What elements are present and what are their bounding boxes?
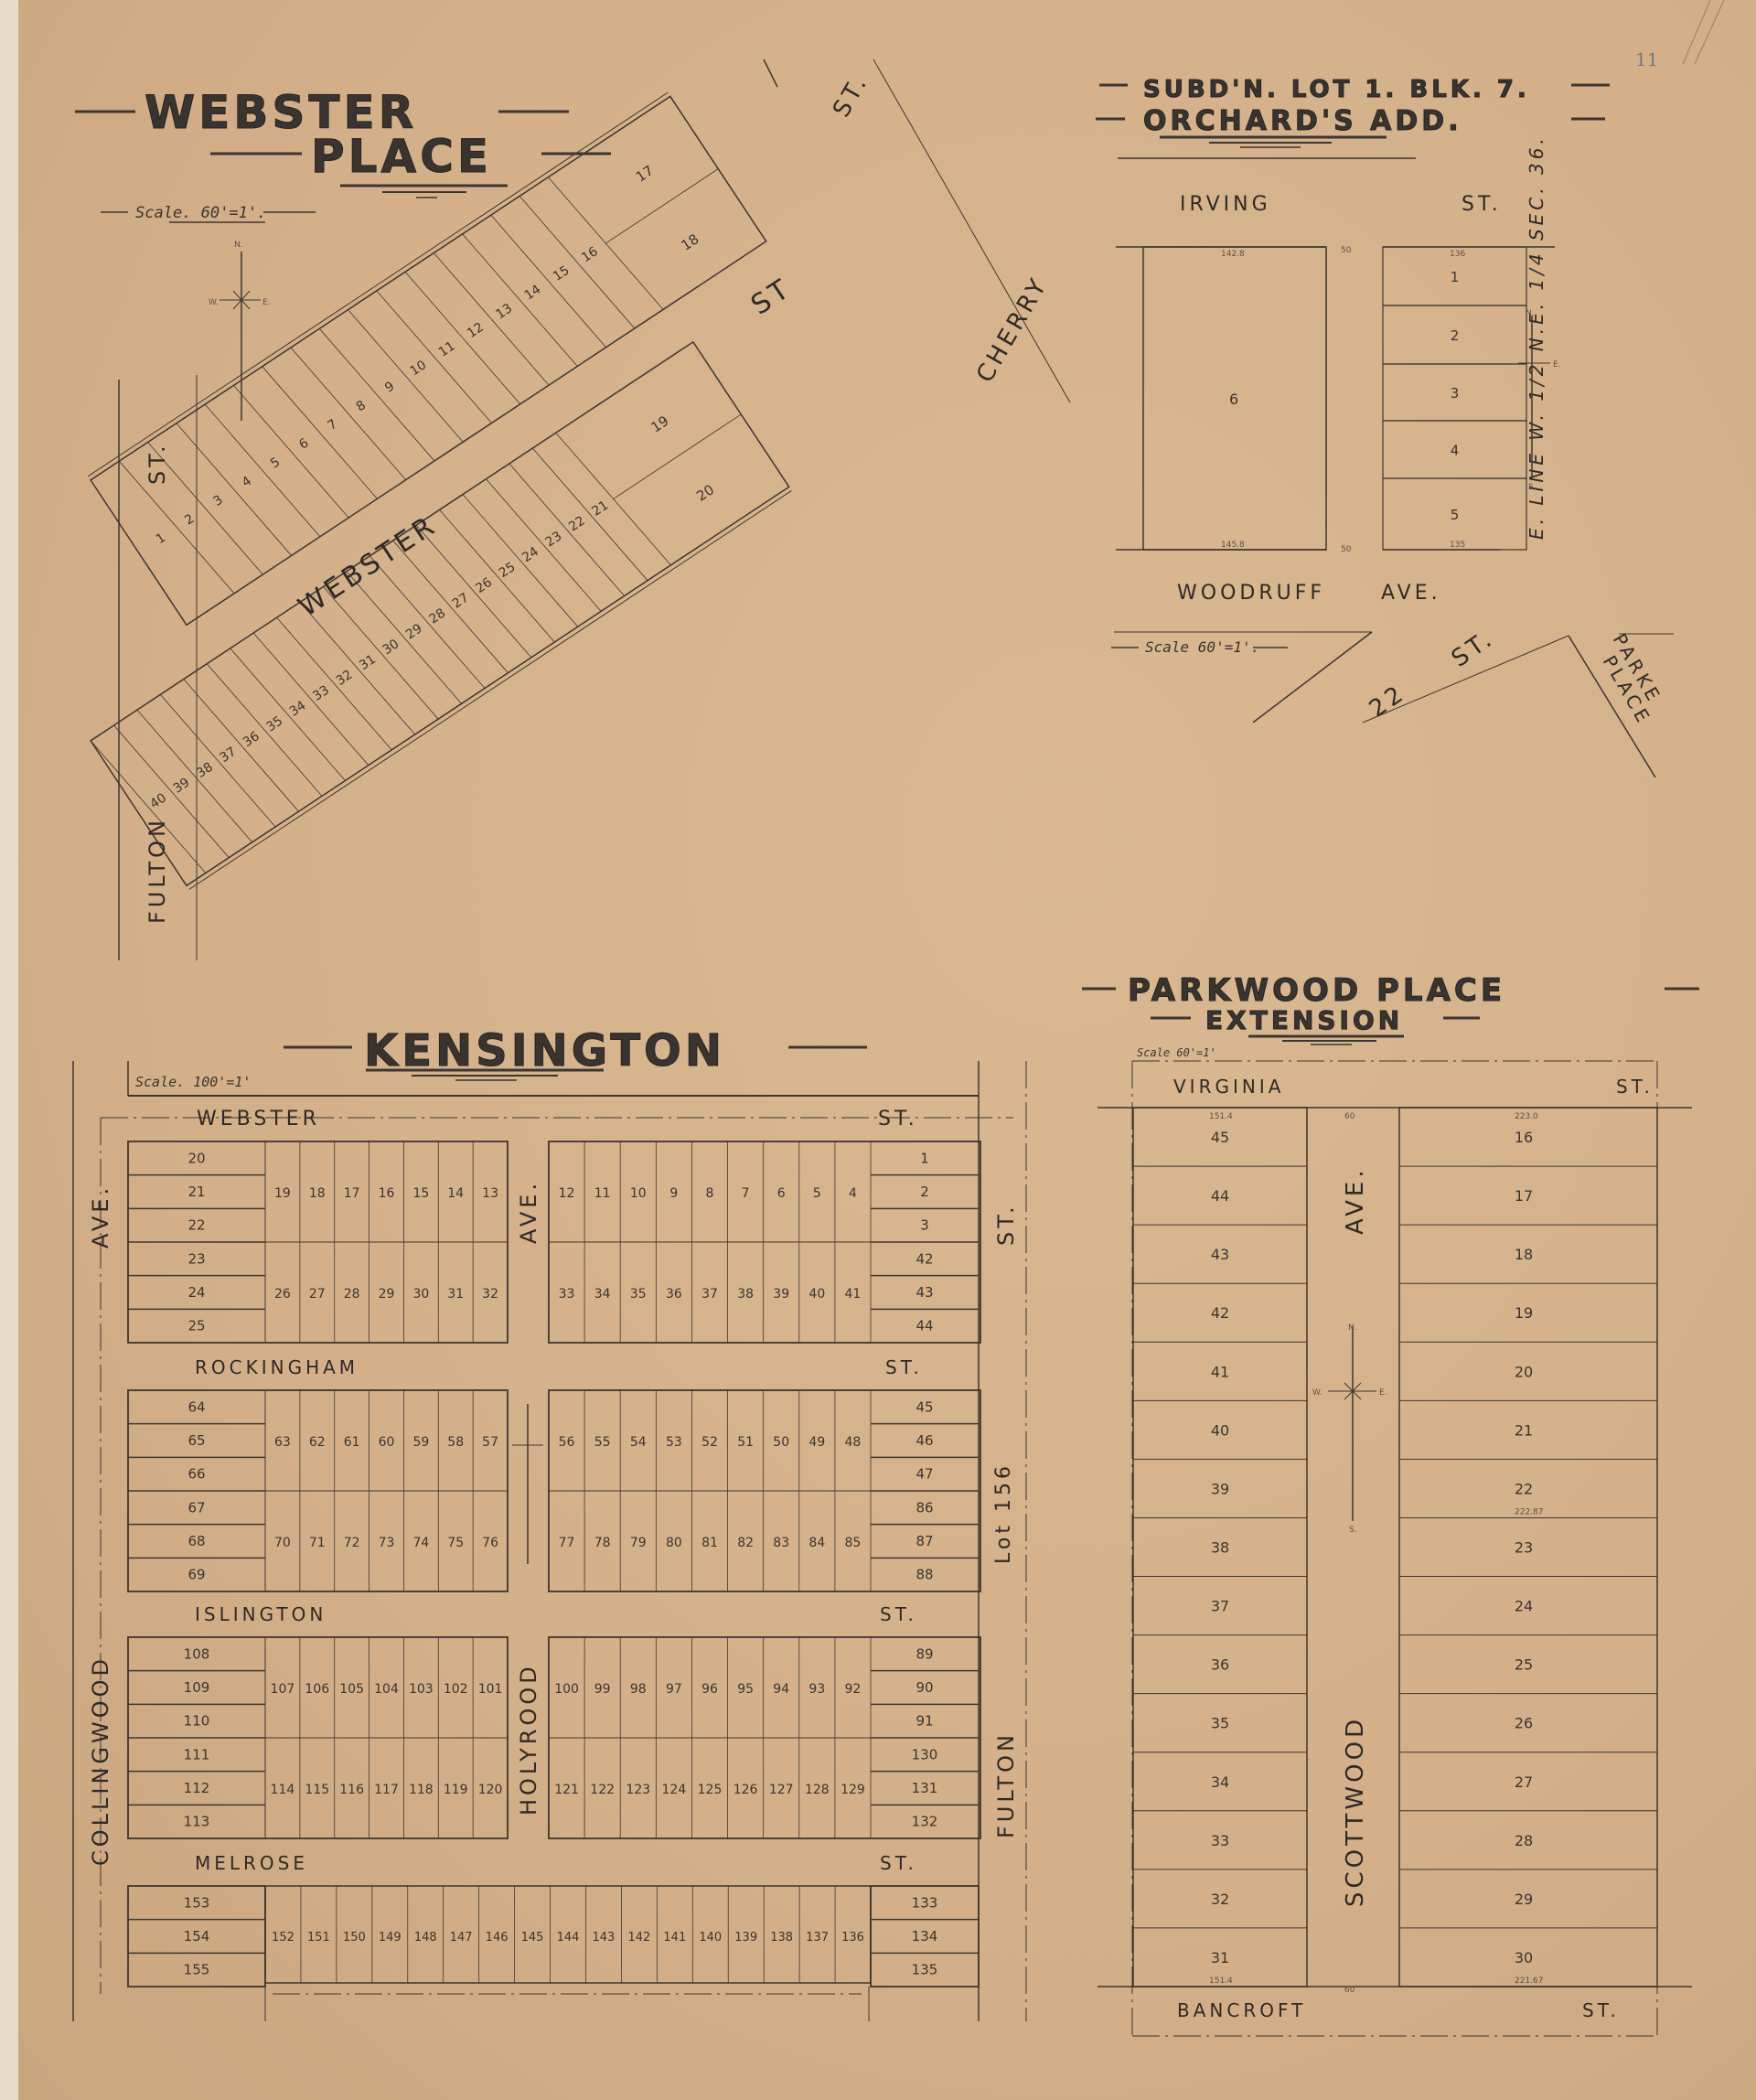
- lot-number: 24: [1515, 1598, 1533, 1615]
- lot-number: 128: [805, 1783, 830, 1797]
- lot-number: 81: [701, 1536, 718, 1550]
- pencil-mark: [1683, 0, 1710, 64]
- lot-number: 58: [447, 1435, 464, 1450]
- lot-number: 18: [1515, 1246, 1533, 1263]
- lot-number: 18: [309, 1186, 326, 1201]
- lot-number: 84: [808, 1536, 825, 1550]
- lot-number: 95: [737, 1682, 754, 1697]
- webster-place-south-block: 1920212223242526272829303132333435363738…: [91, 342, 791, 890]
- lot-number: 16: [379, 1186, 395, 1201]
- irving-street-label: IRVING: [1180, 193, 1271, 216]
- lot-number: 39: [1211, 1480, 1229, 1497]
- melrose-street-label: MELROSE: [195, 1852, 308, 1874]
- lot-number: 38: [194, 760, 216, 781]
- compass-rose-icon: N. W. E. S.: [1312, 1323, 1387, 1535]
- lot-number: 119: [444, 1783, 468, 1797]
- lot-number: 139: [734, 1931, 757, 1945]
- lot-number: 28: [1515, 1832, 1533, 1849]
- lot-number: 50: [773, 1435, 789, 1450]
- lot-number: 63: [274, 1435, 291, 1450]
- parkwood-lots: 4516441743184219412040213922382337243625…: [1133, 1108, 1657, 1995]
- kensington-section: KENSINGTON Scale. 100'=1' WEBSTER ST. RO…: [73, 1025, 1026, 2021]
- lot-number: 45: [915, 1398, 933, 1415]
- lot-number: 98: [630, 1682, 647, 1697]
- lot-number: 62: [309, 1435, 326, 1450]
- lot-number: 40: [1211, 1421, 1229, 1439]
- orchards-title-line1: SUBD'N. LOT 1. BLK. 7.: [1143, 76, 1530, 103]
- lot-number: 83: [773, 1536, 789, 1550]
- lot-number: 44: [1211, 1187, 1229, 1205]
- lot-number: 29: [379, 1287, 395, 1302]
- lot-number: 4: [240, 474, 254, 490]
- lot-number: 27: [309, 1287, 326, 1302]
- lot-number: 150: [343, 1931, 366, 1945]
- lot-number: 70: [274, 1536, 291, 1550]
- collingwood-ave-suffix: AVE.: [88, 1184, 113, 1248]
- lot-number: 40: [147, 790, 169, 811]
- lot-number: 109: [184, 1679, 210, 1696]
- svg-text:136: 136: [1450, 250, 1465, 259]
- lot-number: 16: [579, 244, 601, 265]
- lot-number: 124: [662, 1783, 687, 1797]
- lot-number: 112: [184, 1780, 210, 1796]
- woodruff-street-label: WOODRUFF: [1177, 582, 1325, 605]
- lot-number: 36: [1211, 1656, 1229, 1674]
- webster-street-label: WEBSTER: [293, 509, 443, 624]
- lot-number: 32: [1211, 1891, 1229, 1908]
- lot-number: 24: [187, 1284, 205, 1301]
- scottwood-street-label: SCOTTWOOD: [1342, 1716, 1369, 1907]
- lot-number: 12: [559, 1186, 575, 1201]
- lot-number: 44: [915, 1318, 933, 1334]
- lot-number: 123: [626, 1783, 650, 1797]
- rockingham-street-label: ROCKINGHAM: [195, 1356, 359, 1378]
- lot-number: 21: [1515, 1421, 1533, 1439]
- lot-number: 91: [915, 1713, 933, 1730]
- lot-number: 131: [912, 1780, 938, 1796]
- lot-number: 120: [478, 1783, 503, 1797]
- lot-number: 108: [184, 1645, 210, 1662]
- webster-st-suffix: ST: [745, 272, 798, 321]
- lot-number: 25: [187, 1318, 205, 1334]
- lot-number: 34: [1211, 1773, 1229, 1791]
- lot-number: 1: [154, 530, 168, 547]
- lot-number: 37: [701, 1287, 718, 1302]
- lot-number: 25: [1515, 1656, 1533, 1674]
- plat-map-canvas: 11 WEBSTER PLACE Scale. 60'=1'. N. W. E.…: [0, 0, 1756, 2100]
- lot-number: 34: [287, 698, 309, 719]
- lot-number: 55: [594, 1435, 611, 1450]
- lot-number: 32: [482, 1287, 498, 1302]
- bancroft-street-label: BANCROFT: [1177, 1999, 1306, 2021]
- 22nd-st-suffix: ST.: [1447, 625, 1500, 673]
- lot-number: 20: [1515, 1363, 1533, 1380]
- svg-text:ST.: ST.: [885, 1356, 923, 1378]
- lot-number: 3: [210, 493, 225, 509]
- parkwood-title-line2: EXTENSION: [1205, 1005, 1403, 1035]
- section-line-note: E. LINE W. 1/2 N.E. 1/4 SEC. 36.: [1526, 134, 1547, 540]
- lot-number: 33: [310, 683, 332, 704]
- lot-number: 138: [770, 1931, 793, 1945]
- 22nd-street-number: 22: [1365, 680, 1411, 723]
- lot-number: 37: [218, 745, 240, 766]
- webster-place-section: WEBSTER PLACE Scale. 60'=1'. N. W. E. ST…: [75, 59, 1070, 960]
- collingwood-street-label: COLLINGWOOD: [88, 1655, 113, 1866]
- lot-number: 4: [849, 1186, 857, 1201]
- lot-number: 33: [1211, 1832, 1229, 1849]
- lot-number: 61: [344, 1435, 360, 1450]
- lot-number: 34: [594, 1287, 611, 1302]
- svg-text:50: 50: [1341, 246, 1352, 255]
- parkwood-scale: Scale 60'=1': [1137, 1046, 1216, 1059]
- lot-number: 118: [409, 1783, 434, 1797]
- lot-number: 127: [769, 1783, 794, 1797]
- svg-text:E.: E.: [1379, 1388, 1387, 1398]
- lot-number: 26: [1515, 1715, 1533, 1732]
- svg-text:60: 60: [1344, 1112, 1355, 1121]
- svg-text:60: 60: [1344, 1986, 1355, 1995]
- lot-number: 8: [706, 1186, 714, 1201]
- lot-number: 103: [409, 1682, 434, 1697]
- lot-number: 59: [412, 1435, 429, 1450]
- lot-number: 10: [408, 358, 430, 379]
- lot-number: 133: [912, 1894, 938, 1911]
- lot-number: 64: [187, 1398, 205, 1415]
- lot-number: 71: [309, 1536, 326, 1550]
- lot-number: 11: [436, 339, 458, 360]
- lot-number: 140: [699, 1931, 722, 1945]
- lot-number: 35: [630, 1287, 647, 1302]
- lot-number: 43: [1211, 1246, 1229, 1263]
- lot-number: 116: [339, 1783, 364, 1797]
- lot-number: 5: [813, 1186, 821, 1201]
- svg-text:E.: E.: [1553, 360, 1561, 370]
- lot-number: 20: [693, 481, 717, 505]
- lot-number: 65: [187, 1432, 205, 1449]
- svg-text:135: 135: [1450, 541, 1465, 550]
- lot-number: 90: [915, 1679, 933, 1696]
- lot-number: 31: [357, 652, 379, 673]
- lot-number: 8: [354, 398, 369, 414]
- lot-number: 110: [184, 1713, 210, 1730]
- lot-number: 39: [773, 1287, 789, 1302]
- lot-number: 3: [1451, 385, 1460, 402]
- lot-number: 26: [473, 575, 495, 596]
- kensington-scale: Scale. 100'=1': [135, 1074, 251, 1090]
- svg-text:221.67: 221.67: [1515, 1977, 1544, 1986]
- lot-number: 45: [1211, 1129, 1229, 1146]
- lot-number: 48: [845, 1435, 862, 1450]
- lot-number: 69: [187, 1567, 205, 1583]
- lot-number: 1: [1451, 269, 1460, 285]
- lot-number: 148: [414, 1931, 437, 1945]
- lot-number: 13: [493, 301, 515, 322]
- lot-number: 135: [912, 1962, 938, 1978]
- lot-number: 43: [915, 1284, 933, 1301]
- cherry-street-label: CHERRY: [971, 272, 1054, 387]
- lot-156-label: Lot 156: [992, 1462, 1015, 1564]
- lot-number: 117: [374, 1783, 399, 1797]
- lot-number: 17: [344, 1186, 360, 1201]
- lot-number: 143: [593, 1931, 616, 1945]
- lot-number: 31: [447, 1287, 464, 1302]
- virginia-street-label: VIRGINIA: [1173, 1076, 1284, 1098]
- lot-number: 67: [187, 1499, 205, 1516]
- lot-number: 17: [633, 162, 657, 186]
- lot-number: 26: [274, 1287, 291, 1302]
- lot-number: 129: [841, 1783, 865, 1797]
- kensington-blocks: 2021222324251918171615141326272829303132…: [128, 1141, 980, 2021]
- lot-number: 39: [171, 776, 193, 797]
- lot-number: 41: [1211, 1363, 1229, 1380]
- lot-number: 96: [701, 1682, 718, 1697]
- lot-number: 36: [241, 729, 262, 750]
- svg-text:145.8: 145.8: [1221, 541, 1245, 550]
- lot-number: 41: [845, 1287, 862, 1302]
- lot-number: 25: [497, 560, 519, 581]
- lot-number: 76: [482, 1536, 498, 1550]
- lot-number: 115: [305, 1783, 329, 1797]
- lot-number: 130: [912, 1746, 938, 1762]
- lot-number: 155: [184, 1962, 210, 1978]
- islington-street-label: ISLINGTON: [195, 1603, 327, 1625]
- lot-number: 24: [519, 544, 541, 565]
- lot-number: 14: [522, 282, 544, 303]
- lot-number: 38: [1211, 1539, 1229, 1557]
- lot-number: 11: [594, 1186, 611, 1201]
- lot-number: 74: [412, 1536, 429, 1550]
- svg-text:W.: W.: [209, 298, 219, 307]
- lot-number: 113: [184, 1814, 210, 1830]
- scottwood-ave-suffix: AVE.: [1342, 1166, 1369, 1235]
- holyrood-street-label: HOLYROOD: [516, 1663, 541, 1816]
- compass-rose-icon: [512, 1404, 543, 1564]
- lot-number: 2: [182, 511, 197, 528]
- lot-number: 9: [669, 1186, 678, 1201]
- fulton-st-suffix-k: ST.: [993, 1203, 1019, 1246]
- lot-number: 146: [486, 1931, 509, 1945]
- parkwood-title-line1: PARKWOOD PLACE: [1128, 972, 1505, 1009]
- lot-number: 47: [915, 1466, 933, 1483]
- webster-street-label-k: WEBSTER: [197, 1108, 320, 1130]
- lot-number: 75: [447, 1536, 464, 1550]
- svg-text:222.87: 222.87: [1515, 1507, 1544, 1516]
- svg-text:N.: N.: [234, 241, 243, 250]
- lot-number: 152: [272, 1931, 294, 1945]
- svg-text:223.0: 223.0: [1515, 1112, 1538, 1121]
- lot-number: 93: [808, 1682, 825, 1697]
- lot-number: 3: [920, 1217, 929, 1234]
- parkwood-section: PARKWOOD PLACE EXTENSION Scale 60'=1' VI…: [1082, 972, 1699, 2036]
- irving-st-suffix: ST.: [1462, 193, 1502, 216]
- lot-number: 68: [187, 1533, 205, 1549]
- lot-number: 89: [915, 1645, 933, 1662]
- lot-number: 7: [742, 1186, 750, 1201]
- lot-number: 102: [444, 1682, 468, 1697]
- lot-number: 13: [482, 1186, 498, 1201]
- lot-number: 22: [566, 513, 588, 534]
- svg-text:50: 50: [1341, 545, 1352, 554]
- lot-number: 27: [1515, 1773, 1533, 1791]
- lot-number: 136: [841, 1931, 864, 1945]
- lot-number: 145: [521, 1931, 544, 1945]
- lot-number: 35: [1211, 1715, 1229, 1732]
- lot-number: 6: [777, 1186, 786, 1201]
- lot-number: 92: [845, 1682, 862, 1697]
- lot-number: 38: [737, 1287, 754, 1302]
- svg-text:ST.: ST.: [880, 1603, 917, 1625]
- svg-text:ST.: ST.: [878, 1108, 918, 1130]
- svg-text:ST.: ST.: [880, 1852, 917, 1874]
- lot-number: 52: [701, 1435, 718, 1450]
- fulton-street-label-k: FULTON: [993, 1731, 1019, 1838]
- lot-number: 73: [379, 1536, 395, 1550]
- lot-number: 32: [334, 668, 356, 689]
- lot-number: 29: [1515, 1891, 1533, 1908]
- lot-number: 147: [450, 1931, 473, 1945]
- lot-number: 2: [1451, 327, 1460, 344]
- lot-number: 31: [1211, 1949, 1229, 1966]
- lot-number: 114: [271, 1783, 295, 1797]
- svg-text:N.: N.: [1526, 309, 1535, 318]
- lot-number: 126: [733, 1783, 758, 1797]
- lot-number: 35: [263, 713, 285, 734]
- lot-number: 19: [648, 412, 672, 436]
- lot-number: 154: [184, 1928, 210, 1945]
- lot-number: 87: [915, 1533, 933, 1549]
- lot-number: 30: [380, 637, 402, 658]
- lot-number: 42: [915, 1250, 933, 1267]
- lot-number: 125: [698, 1783, 723, 1797]
- lot-number: 106: [305, 1682, 329, 1697]
- lot-number: 37: [1211, 1598, 1229, 1615]
- lot-number: 82: [737, 1536, 754, 1550]
- webster-place-title-line2: PLACE: [311, 130, 492, 183]
- woodruff-ave-suffix: AVE.: [1381, 582, 1441, 605]
- lot-number: 72: [344, 1536, 360, 1550]
- lot-number: 1: [920, 1150, 929, 1166]
- lot-number: 111: [184, 1746, 210, 1762]
- lot-number: 134: [912, 1928, 938, 1945]
- lot-number: 46: [915, 1432, 933, 1449]
- lot-number: 144: [557, 1931, 580, 1945]
- lot-number: 60: [379, 1435, 395, 1450]
- lot-number: 15: [412, 1186, 429, 1201]
- lot-number: 10: [630, 1186, 647, 1201]
- lot-number: 85: [845, 1536, 862, 1550]
- lot-number: 30: [1515, 1949, 1533, 1966]
- lot-number: 23: [187, 1250, 205, 1267]
- lot-number: 107: [271, 1682, 295, 1697]
- lot-number: 27: [450, 591, 472, 612]
- compass-rose-icon: N. W. E.: [209, 241, 271, 421]
- lot-number: 21: [187, 1184, 205, 1200]
- lot-number: 51: [737, 1435, 754, 1450]
- lot-number: 40: [808, 1287, 825, 1302]
- svg-text:151.4: 151.4: [1209, 1977, 1233, 1986]
- lot-number: 29: [403, 621, 425, 642]
- lot-number: 97: [666, 1682, 682, 1697]
- orchards-add-section: SUBD'N. LOT 1. BLK. 7. ORCHARD'S ADD. IR…: [1096, 76, 1674, 777]
- svg-text:E.: E.: [262, 298, 271, 307]
- svg-text:151.4: 151.4: [1209, 1112, 1233, 1121]
- lot-number: 153: [184, 1894, 210, 1911]
- lot-number: 54: [630, 1435, 647, 1450]
- webster-place-fulton-label: FULTON: [145, 817, 170, 924]
- lot-number: 86: [915, 1499, 933, 1516]
- svg-text:ST.: ST.: [1582, 1999, 1620, 2021]
- lot-number: 21: [590, 498, 612, 520]
- lot-number: 17: [1515, 1187, 1533, 1205]
- lot-number: 5: [268, 455, 283, 471]
- lot-number: 79: [630, 1536, 647, 1550]
- lot-number: 2: [920, 1184, 929, 1200]
- lot-number: 22: [187, 1217, 205, 1234]
- svg-text:W.: W.: [1312, 1388, 1322, 1398]
- lot-number: 53: [666, 1435, 682, 1450]
- lot-number: 151: [307, 1931, 330, 1945]
- lot-number: 9: [382, 379, 397, 395]
- lot-number: 6: [296, 435, 311, 452]
- lot-number: 33: [559, 1287, 575, 1302]
- lot-number: 23: [1515, 1539, 1533, 1557]
- lot-number: 23: [543, 529, 565, 550]
- lot-number: 105: [339, 1682, 364, 1697]
- lot-number: 20: [187, 1150, 205, 1166]
- pencil-mark: [1695, 0, 1724, 64]
- svg-text:S.: S.: [1349, 1526, 1357, 1535]
- lot-number: 19: [274, 1186, 291, 1201]
- lot-number: 30: [412, 1287, 429, 1302]
- lot-number: 18: [679, 230, 702, 254]
- lot-number: 80: [666, 1536, 682, 1550]
- orchards-small-lots: 13613512345: [1383, 247, 1526, 550]
- lot-number: 28: [426, 605, 448, 627]
- svg-text:S.: S.: [1528, 483, 1536, 492]
- lot-number: 5: [1451, 507, 1460, 523]
- lot-number: 104: [374, 1682, 399, 1697]
- lot-number: 19: [1515, 1304, 1533, 1322]
- lot-number: 66: [187, 1466, 205, 1483]
- lot-number: 14: [447, 1186, 464, 1201]
- lot-number: 149: [379, 1931, 402, 1945]
- lot-number: 77: [559, 1536, 575, 1550]
- lot-number: 88: [915, 1567, 933, 1583]
- lot-number: 12: [465, 320, 487, 341]
- lot-number: 142: [627, 1931, 650, 1945]
- lot-number: 15: [551, 263, 573, 284]
- lot-number: 78: [594, 1536, 611, 1550]
- svg-text:142.8: 142.8: [1221, 250, 1245, 259]
- lot-number: 4: [1451, 443, 1460, 459]
- svg-text:ST.: ST.: [1616, 1076, 1654, 1098]
- lot-number: 94: [773, 1682, 789, 1697]
- lot-number: 22: [1515, 1480, 1533, 1497]
- svg-text:6: 6: [1229, 391, 1238, 408]
- orchards-scale: Scale 60'=1'.: [1145, 638, 1259, 656]
- lot-number: 137: [806, 1931, 829, 1945]
- lot-number: 141: [663, 1931, 686, 1945]
- lot-number: 16: [1515, 1129, 1533, 1146]
- lot-number: 36: [666, 1287, 682, 1302]
- webster-place-scale: Scale. 60'=1'.: [135, 204, 266, 222]
- lot-number: 28: [344, 1287, 360, 1302]
- lot-number: 7: [326, 417, 340, 434]
- lot-number: 57: [482, 1435, 498, 1450]
- cherry-st-suffix: ST.: [828, 70, 874, 123]
- lot-number: 100: [554, 1682, 579, 1697]
- page-number: 11: [1635, 48, 1658, 70]
